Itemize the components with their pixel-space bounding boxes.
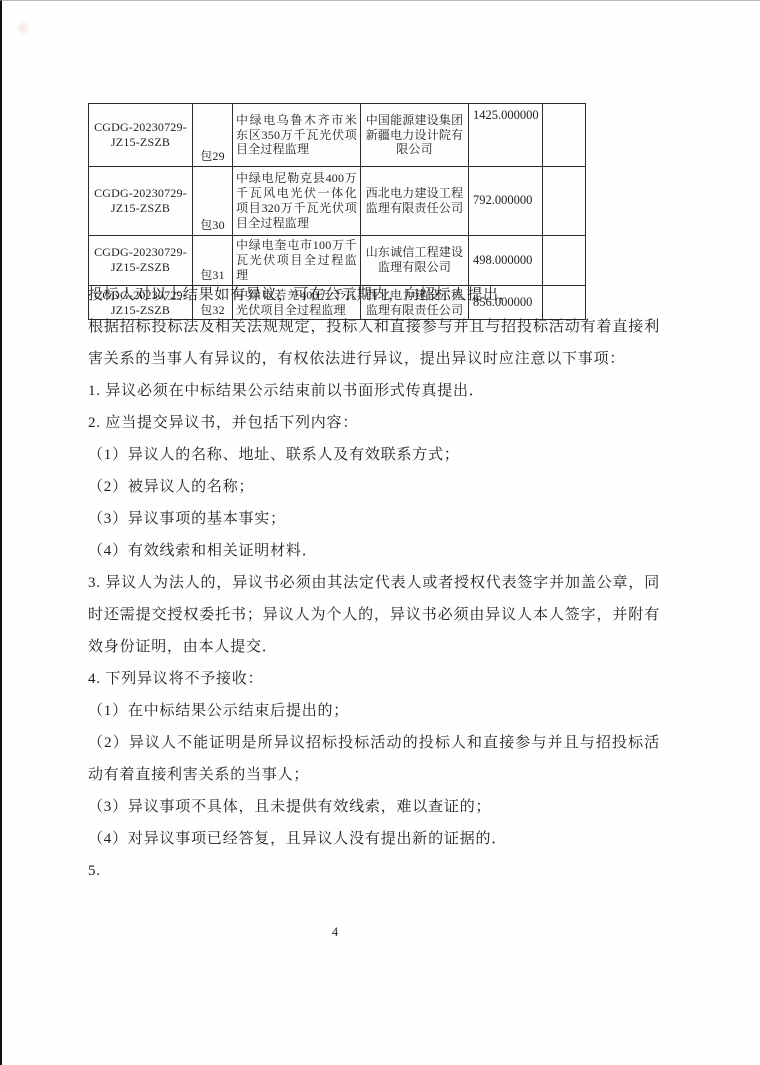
bid-amount-cell: 498.000000 <box>469 236 543 286</box>
winner-company-cell: 中国能源建设集团新疆电力设计院有限公司 <box>361 104 469 167</box>
paragraph-legal-basis: 根据招标投标法及相关法规规定，投标人和直接参与并且与招投标活动有着直接利害关系的… <box>88 311 660 375</box>
paragraph-objection-intro: 投标人对以上结果如有异议，可在公示期内，向招标人提出． <box>88 279 660 311</box>
scan-border-top <box>0 0 760 1</box>
paragraph-item-2-sub-1: （1）异议人的名称、地址、联系人及有效联系方式； <box>88 439 660 471</box>
tender-code-cell: CGDG-20230729-JZ15-ZSZB <box>89 104 193 167</box>
paragraph-item-3: 3. 异议人为法人的，异议书必须由其法定代表人或者授权代表签字并加盖公章，同时还… <box>88 567 660 663</box>
paragraph-item-5: 5. <box>88 855 660 887</box>
objection-notice-text: 投标人对以上结果如有异议，可在公示期内，向招标人提出． 根据招标投标法及相关法规… <box>88 279 660 887</box>
note-cell <box>543 167 586 236</box>
paragraph-item-4: 4. 下列异议将不予接收： <box>88 663 660 695</box>
winner-company-cell: 山东诚信工程建设监理有限公司 <box>361 236 469 286</box>
scan-border-left <box>0 0 2 1065</box>
note-cell <box>543 104 586 167</box>
tender-code-cell: CGDG-20230729-JZ15-ZSZB <box>89 236 193 286</box>
project-name-cell: 中绿电尼勒克县400万千瓦风电光伏一体化项目320万千瓦光伏项目全过程监理 <box>233 167 361 236</box>
paragraph-item-2: 2. 应当提交异议书，并包括下列内容： <box>88 407 660 439</box>
table-row: CGDG-20230729-JZ15-ZSZB 包31 中绿电奎屯市100万千瓦… <box>89 236 586 286</box>
paragraph-item-4-sub-2: （2）异议人不能证明是所异议招标投标活动的投标人和直接参与并且与招投标活动有着直… <box>88 727 660 791</box>
bid-amount-cell: 1425.000000 <box>469 104 543 167</box>
package-cell: 包30 <box>193 167 233 236</box>
scan-smudge-mark <box>16 20 30 36</box>
tender-code-cell: CGDG-20230729-JZ15-ZSZB <box>89 167 193 236</box>
paragraph-item-4-sub-1: （1）在中标结果公示结束后提出的； <box>88 695 660 727</box>
paragraph-item-2-sub-3: （3）异议事项的基本事实； <box>88 503 660 535</box>
project-name-cell: 中绿电乌鲁木齐市米东区350万千瓦光伏项目全过程监理 <box>233 104 361 167</box>
table-row: CGDG-20230729-JZ15-ZSZB 包29 中绿电乌鲁木齐市米东区3… <box>89 104 586 167</box>
scanned-document-page: CGDG-20230729-JZ15-ZSZB 包29 中绿电乌鲁木齐市米东区3… <box>0 0 760 1065</box>
paragraph-item-2-sub-4: （4）有效线索和相关证明材料． <box>88 535 660 567</box>
paragraph-item-4-sub-3: （3）异议事项不具体，且未提供有效线索，难以查证的； <box>88 791 660 823</box>
paragraph-item-4-sub-4: （4）对异议事项已经答复，且异议人没有提出新的证据的． <box>88 823 660 855</box>
paragraph-item-1: 1. 异议必须在中标结果公示结束前以书面形式传真提出． <box>88 375 660 407</box>
note-cell <box>543 236 586 286</box>
page-number: 4 <box>300 925 370 940</box>
table-row: CGDG-20230729-JZ15-ZSZB 包30 中绿电尼勒克县400万千… <box>89 167 586 236</box>
paragraph-item-2-sub-2: （2）被异议人的名称； <box>88 471 660 503</box>
package-cell: 包29 <box>193 104 233 167</box>
project-name-cell: 中绿电奎屯市100万千瓦光伏项目全过程监理 <box>233 236 361 286</box>
bid-amount-cell: 792.000000 <box>469 167 543 236</box>
winner-company-cell: 西北电力建设工程监理有限责任公司 <box>361 167 469 236</box>
package-cell: 包31 <box>193 236 233 286</box>
